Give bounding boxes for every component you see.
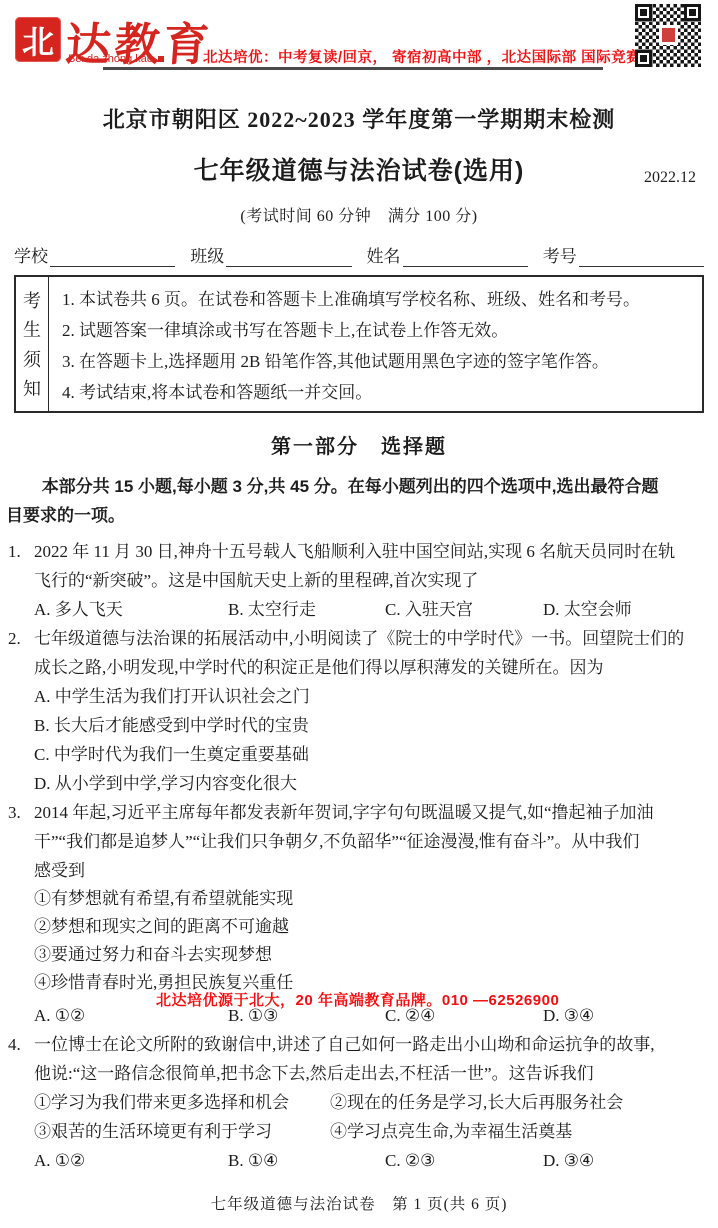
logo-pinyin: Bei da zhong kao xyxy=(68,53,164,65)
question-4-statements-row-1: ①学习为我们带来更多选择和机会 ②现在的任务是学习,长大后再服务社会 xyxy=(34,1088,712,1117)
header-banner-text: 北达培优：中考复读/回京， 寄宿初高中部 ，北达国际部 国际竞赛部 xyxy=(203,46,656,67)
option-c: C. 入驻天宫 xyxy=(385,595,543,624)
option-a: A. 多人飞天 xyxy=(34,595,228,624)
question-number: 1. xyxy=(8,537,21,566)
exam-meta: (考试时间 60 分钟 满分 100 分) xyxy=(0,203,718,226)
option-c: C. ②③ xyxy=(385,1146,543,1175)
option-a: A. ①② xyxy=(34,1146,228,1175)
class-field: 班级 xyxy=(190,242,351,267)
exam-number-label: 考号 xyxy=(543,242,577,267)
exam-paper-page: 北 达教育 Bei da zhong kao 北达培优：中考复读/回京， 寄宿初… xyxy=(0,0,718,1228)
option-b: B. 长大后才能感受到中学时代的宝贵 xyxy=(34,711,712,740)
statement-2: ②现在的任务是学习,长大后再服务社会 xyxy=(330,1088,712,1117)
question-3-statements: ①有梦想就有希望,有希望就能实现 ②梦想和现实之间的距离不可逾越 ③要通过努力和… xyxy=(34,885,712,997)
page-footer: 七年级道德与法治试卷 第 1 页(共 6 页) xyxy=(0,1192,718,1214)
school-field: 学校 xyxy=(14,242,175,267)
notice-side-char: 须 xyxy=(23,346,41,372)
class-blank-line xyxy=(226,247,351,267)
name-blank-line xyxy=(403,247,528,267)
logo-seal-char: 北 xyxy=(22,17,54,63)
question-text: 一位博士在论文所附的致谢信中,讲述了自己如何一路走出小山坳和命运抗争的故事, 他… xyxy=(34,1030,712,1088)
page-title: 北京市朝阳区 2022~2023 学年度第一学期期末检测 xyxy=(0,103,718,134)
notice-item: 4. 考试结束,将本试卷和答题纸一并交回。 xyxy=(62,377,696,408)
question-text: 2022 年 11 月 30 日,神舟十五号载人飞船顺利入驻中国空间站,实现 6… xyxy=(34,537,712,595)
header-rule xyxy=(103,67,603,70)
statement-2: ②梦想和现实之间的距离不可逾越 xyxy=(34,913,712,941)
statement-1: ①学习为我们带来更多选择和机会 xyxy=(34,1088,330,1117)
notice-item: 3. 在答题卡上,选择题用 2B 铅笔作答,其他试题用黑色字迹的签字笔作答。 xyxy=(62,346,696,377)
beida-logo-seal-icon: 北 xyxy=(15,17,61,62)
option-d: D. 从小学到中学,学习内容变化很大 xyxy=(34,769,712,798)
qr-center-mark xyxy=(659,25,678,45)
option-c: C. 中学时代为我们一生奠定重要基础 xyxy=(34,740,712,769)
part1-heading: 第一部分 选择题 xyxy=(0,430,718,459)
watermark-text: 北达培优源于北大，20 年高端教育品牌。010 —62526900 xyxy=(156,986,559,1015)
header: 北 达教育 Bei da zhong kao 北达培优：中考复读/回京， 寄宿初… xyxy=(0,0,718,92)
question-number: 3. xyxy=(8,798,21,827)
statement-1: ①有梦想就有希望,有希望就能实现 xyxy=(34,885,712,913)
notice-side-char: 考 xyxy=(23,287,41,313)
question-3: 3. 2014 年起,习近平主席每年都发表新年贺词,字字句句既温暖又提气,如“撸… xyxy=(8,798,712,1030)
qr-code xyxy=(635,4,701,67)
statement-3: ③要通过努力和奋斗去实现梦想 xyxy=(34,941,712,969)
subtitle-row: 七年级道德与法治试卷(选用) 2022.12 xyxy=(0,151,718,187)
exam-number-blank-line xyxy=(579,247,704,267)
option-d: D. 太空会师 xyxy=(543,595,712,624)
option-b: B. ①④ xyxy=(228,1146,385,1175)
notice-item: 2. 试题答案一律填涂或书写在答题卡上,在试卷上作答无效。 xyxy=(62,315,696,346)
part1-intro: 本部分共 15 小题,每小题 3 分,共 45 分。在每小题列出的四个选项中,选… xyxy=(6,472,710,530)
qr-finder-icon xyxy=(635,50,652,67)
question-1-options: A. 多人飞天 B. 太空行走 C. 入驻天宫 D. 太空会师 xyxy=(34,595,712,624)
question-4-options: A. ①② B. ①④ C. ②③ D. ③④ xyxy=(34,1146,712,1175)
name-label: 姓名 xyxy=(367,242,401,267)
question-number: 2. xyxy=(8,624,21,653)
question-4-statements-row-2: ③艰苦的生活环境更有利于学习 ④学习点亮生命,为幸福生活奠基 xyxy=(34,1117,712,1146)
option-d: D. ③④ xyxy=(543,1001,712,1030)
notice-side-char: 生 xyxy=(23,316,41,342)
logo-square-icon xyxy=(158,56,164,62)
notice-side-char: 知 xyxy=(23,375,41,401)
notice-body: 1. 本试卷共 6 页。在试卷和答题卡上准确填写学校名称、班级、姓名和考号。 2… xyxy=(49,277,702,411)
option-b: B. 太空行走 xyxy=(228,595,385,624)
qr-finder-icon xyxy=(684,4,701,21)
paper-subtitle: 七年级道德与法治试卷(选用) xyxy=(0,151,718,187)
qr-finder-icon xyxy=(635,4,652,21)
option-a: A. 中学生活为我们打开认识社会之门 xyxy=(34,682,712,711)
option-d: D. ③④ xyxy=(543,1146,712,1175)
exam-number-field: 考号 xyxy=(543,242,704,267)
fill-in-fields: 学校 班级 姓名 考号 xyxy=(14,242,704,267)
question-4: 4. 一位博士在论文所附的致谢信中,讲述了自己如何一路走出小山坳和命运抗争的故事… xyxy=(8,1030,712,1175)
statement-4: ④学习点亮生命,为幸福生活奠基 xyxy=(330,1117,712,1146)
question-number: 4. xyxy=(8,1030,21,1059)
statement-3: ③艰苦的生活环境更有利于学习 xyxy=(34,1117,330,1146)
question-2-options: A. 中学生活为我们打开认识社会之门 B. 长大后才能感受到中学时代的宝贵 C.… xyxy=(34,682,712,798)
question-1: 1. 2022 年 11 月 30 日,神舟十五号载人飞船顺利入驻中国空间站,实… xyxy=(8,537,712,624)
question-text: 七年级道德与法治课的拓展活动中,小明阅读了《院士的中学时代》一书。回望院士们的 … xyxy=(34,624,712,682)
notice-item: 1. 本试卷共 6 页。在试卷和答题卡上准确填写学校名称、班级、姓名和考号。 xyxy=(62,284,696,315)
paper-date: 2022.12 xyxy=(644,169,696,187)
school-label: 学校 xyxy=(14,242,48,267)
notice-side-label: 考 生 须 知 xyxy=(16,277,49,411)
candidate-notice-box: 考 生 须 知 1. 本试卷共 6 页。在试卷和答题卡上准确填写学校名称、班级、… xyxy=(14,275,704,413)
question-text: 2014 年起,习近平主席每年都发表新年贺词,字字句句既温暖又提气,如“撸起袖子… xyxy=(34,798,712,885)
school-blank-line xyxy=(50,247,175,267)
class-label: 班级 xyxy=(190,242,224,267)
question-2: 2. 七年级道德与法治课的拓展活动中,小明阅读了《院士的中学时代》一书。回望院士… xyxy=(8,624,712,798)
name-field: 姓名 xyxy=(367,242,528,267)
question-3-options: 北达培优源于北大，20 年高端教育品牌。010 —62526900 A. ①② … xyxy=(34,1001,712,1030)
